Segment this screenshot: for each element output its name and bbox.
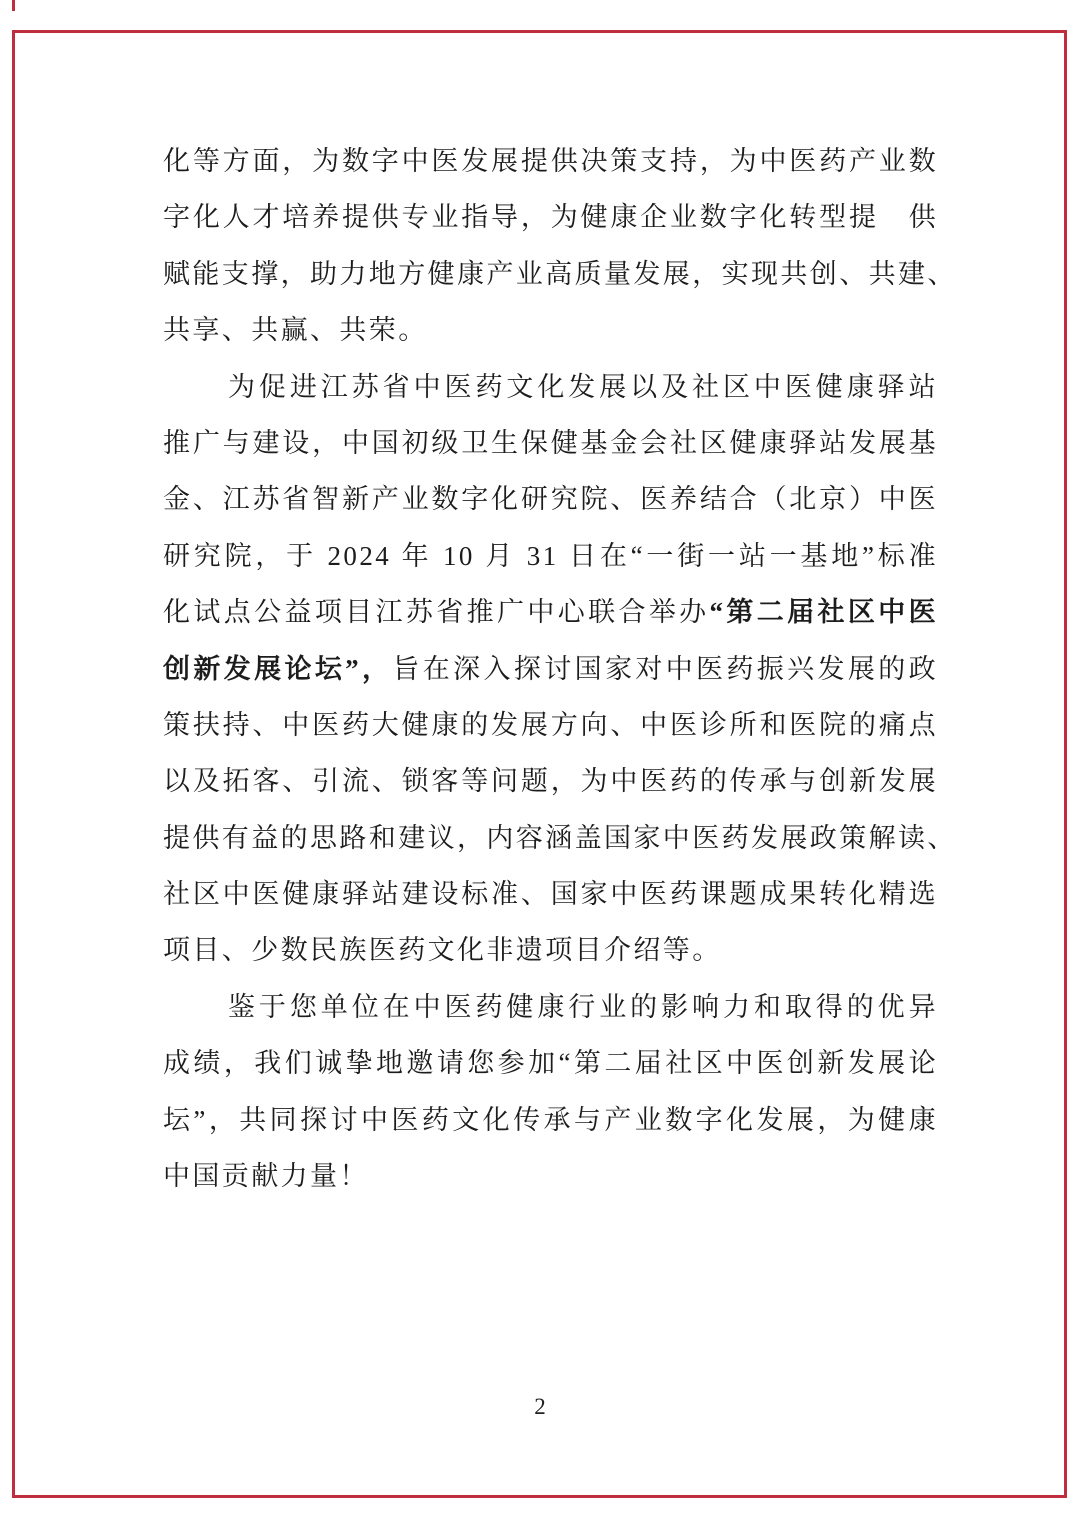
- text-line: 中国贡献力量！: [163, 1148, 938, 1204]
- bold-text-run: “第二届社区中医: [710, 597, 938, 627]
- text-run: 社区中医健康驿站建设标准、国家中医药课题成果转化精选: [163, 879, 938, 909]
- page-number: 2: [0, 1392, 1080, 1422]
- previous-page-border-stub: [12, 0, 15, 11]
- text-line: 成绩，我们诚挚地邀请您参加“第二届社区中医创新发展论: [163, 1035, 938, 1091]
- text-line: 化试点公益项目江苏省推广中心联合举办“第二届社区中医: [163, 584, 938, 640]
- text-run: 字化人才培养提供专业指导，为健康企业数字化转型提 供: [163, 202, 938, 232]
- text-run: 坛”，共同探讨中医药文化传承与产业数字化发展，为健康: [163, 1105, 938, 1135]
- text-line: 以及拓客、引流、锁客等问题，为中医药的传承与创新发展: [163, 753, 938, 809]
- text-line: 策扶持、中医药大健康的发展方向、中医诊所和医院的痛点: [163, 697, 938, 753]
- text-run: 研究院，于 2024 年 10 月 31 日在“一街一站一基地”标准: [163, 541, 938, 571]
- text-run: 成绩，我们诚挚地邀请您参加“第二届社区中医创新发展论: [163, 1048, 938, 1078]
- text-line: 创新发展论坛”，旨在深入探讨国家对中医药振兴发展的政: [163, 641, 938, 697]
- text-line: 字化人才培养提供专业指导，为健康企业数字化转型提 供: [163, 189, 938, 245]
- text-line: 推广与建设，中国初级卫生保健基金会社区健康驿站发展基: [163, 415, 938, 471]
- text-line: 项目、少数民族医药文化非遗项目介绍等。: [163, 922, 938, 978]
- text-run: 为促进江苏省中医药文化发展以及社区中医健康驿站: [228, 372, 938, 402]
- text-run: 共享、共赢、共荣。: [163, 315, 428, 345]
- paragraph: 为促进江苏省中医药文化发展以及社区中医健康驿站推广与建设，中国初级卫生保健基金会…: [163, 359, 938, 979]
- text-run: 策扶持、中医药大健康的发展方向、中医诊所和医院的痛点: [163, 710, 938, 740]
- text-run: 推广与建设，中国初级卫生保健基金会社区健康驿站发展基: [163, 428, 938, 458]
- text-line: 鉴于您单位在中医药健康行业的影响力和取得的优异: [163, 979, 938, 1035]
- text-line: 坛”，共同探讨中医药文化传承与产业数字化发展，为健康: [163, 1092, 938, 1148]
- text-run: 鉴于您单位在中医药健康行业的影响力和取得的优异: [228, 992, 938, 1022]
- text-line: 研究院，于 2024 年 10 月 31 日在“一街一站一基地”标准: [163, 528, 938, 584]
- text-run: 赋能支撑，助力地方健康产业高质量发展，实现共创、共建、: [163, 259, 957, 289]
- text-line: 赋能支撑，助力地方健康产业高质量发展，实现共创、共建、: [163, 246, 938, 302]
- text-line: 化等方面，为数字中医发展提供决策支持，为中医药产业数: [163, 133, 938, 189]
- text-run: 项目、少数民族医药文化非遗项目介绍等。: [163, 935, 722, 965]
- text-run: 金、江苏省智新产业数字化研究院、医养结合（北京）中医: [163, 484, 938, 514]
- text-line: 金、江苏省智新产业数字化研究院、医养结合（北京）中医: [163, 471, 938, 527]
- text-run: 中国贡献力量！: [163, 1161, 369, 1191]
- text-run: 化等方面，为数字中医发展提供决策支持，为中医药产业数: [163, 146, 938, 176]
- text-line: 为促进江苏省中医药文化发展以及社区中医健康驿站: [163, 359, 938, 415]
- text-run: 旨在深入探讨国家对中医药振兴发展的政: [392, 654, 938, 684]
- text-line: 社区中医健康驿站建设标准、国家中医药课题成果转化精选: [163, 866, 938, 922]
- text-run: 化试点公益项目江苏省推广中心联合举办: [163, 597, 710, 627]
- bold-text-run: 创新发展论坛”，: [163, 654, 392, 684]
- text-run: 以及拓客、引流、锁客等问题，为中医药的传承与创新发展: [163, 766, 938, 796]
- paragraph: 鉴于您单位在中医药健康行业的影响力和取得的优异成绩，我们诚挚地邀请您参加“第二届…: [163, 979, 938, 1205]
- text-line: 提供有益的思路和建议，内容涵盖国家中医药发展政策解读、: [163, 810, 938, 866]
- paragraph: 化等方面，为数字中医发展提供决策支持，为中医药产业数字化人才培养提供专业指导，为…: [163, 133, 938, 359]
- document-body: 化等方面，为数字中医发展提供决策支持，为中医药产业数字化人才培养提供专业指导，为…: [163, 133, 938, 1204]
- text-run: 提供有益的思路和建议，内容涵盖国家中医药发展政策解读、: [163, 823, 957, 853]
- text-line: 共享、共赢、共荣。: [163, 302, 938, 358]
